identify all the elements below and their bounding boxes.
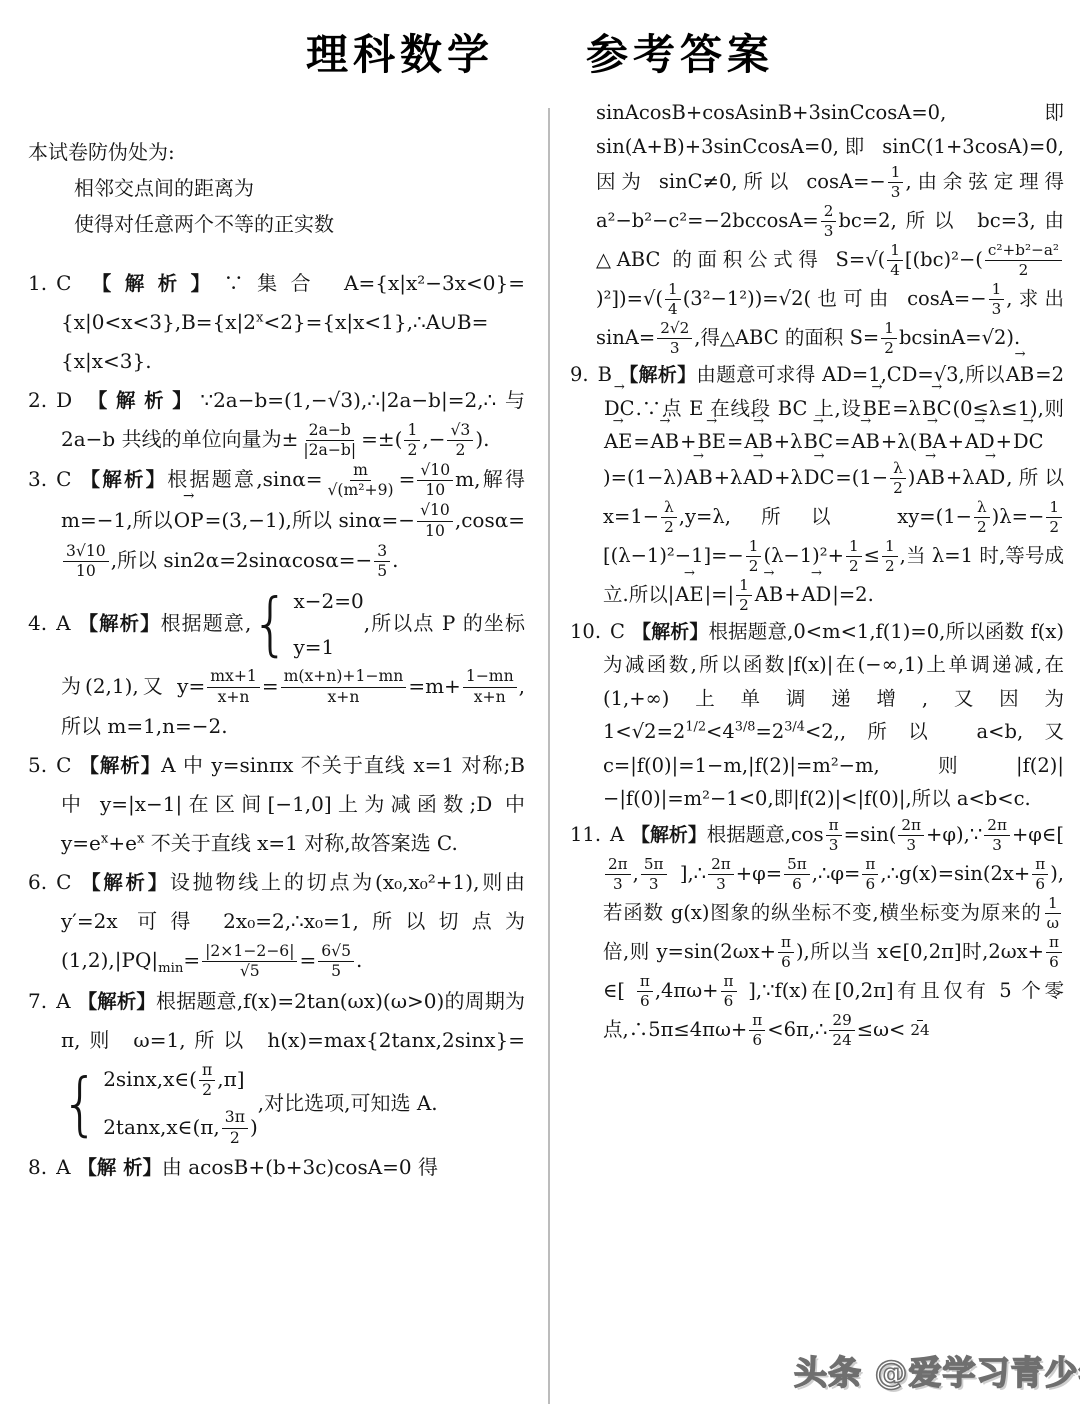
right-column: sinAcosB+cosAsinB+3sinCcosA=0,即 sin(A+B)… <box>570 96 1064 1050</box>
item-number: 11. <box>570 823 601 846</box>
page-title: 理科数学 参考答案 <box>0 22 1080 82</box>
item-number: 6. <box>28 870 47 894</box>
item-answer: B <box>598 363 612 386</box>
watermark: 头条 @爱学习青少年 <box>794 1347 1080 1394</box>
page-title-subject: 理科数学 <box>306 22 494 82</box>
item-tag: 【解析】 <box>78 990 156 1013</box>
item-tag: 【解析】 <box>78 754 161 777</box>
item-body: 由 acosB+(b+3c)cosA=0 得 <box>162 1155 438 1179</box>
item-tag: 【解析】 <box>78 272 223 295</box>
answer-sheet-page: 理科数学 参考答案 本试卷防伪处为: 相邻交点间的距离为 使得对任意两个不等的正… <box>0 0 1080 1404</box>
answer-item-6: 6.C【解析】设抛物线上的切点为(x₀,x₀²+1),则由 y′=2x 可得 2… <box>28 863 525 982</box>
column-divider <box>548 108 550 1404</box>
answer-item-3: 3.C【解析】根据题意,sinα=m√(m²+9)=√1010m,解得 m=−1… <box>28 460 525 581</box>
answer-item-8-continuation: sinAcosB+cosAsinB+3sinCcosA=0,即 sin(A+B)… <box>570 96 1064 358</box>
answer-item-1: 1.C【解析】∵集合 A={x|x²−3x<0}={x|0<x<3},B={x|… <box>28 264 525 381</box>
page-title-answers: 参考答案 <box>586 22 774 82</box>
item-number: 4. <box>28 611 47 635</box>
item-number: 5. <box>28 753 47 777</box>
item-number: 7. <box>28 989 47 1013</box>
intro-line: 使得对任意两个不等的正实数 <box>28 206 525 242</box>
item-tag: 【解 析】 <box>78 1156 162 1179</box>
intro-line: 相邻交点间的距离为 <box>28 170 525 206</box>
item-body: 根据题意,0<m<1,f(1)=0,所以函数 f(x)为减函数,所以函数|f(x… <box>603 620 1064 811</box>
answer-item-11: 11.A【解析】根据题意,cosπ3=sin(2π3+φ),∵2π3+φ∈[ 2… <box>570 816 1064 1050</box>
item-body: 根据题意,cosπ3=sin(2π3+φ),∵2π3+φ∈[ 2π3,5π3 ]… <box>603 823 1064 1041</box>
left-column: 本试卷防伪处为: 相邻交点间的距离为 使得对任意两个不等的正实数 1.C【解析】… <box>28 134 525 1187</box>
item-answer: C <box>610 620 625 643</box>
item-answer: A <box>56 611 70 635</box>
item-number: 3. <box>28 467 47 491</box>
item-number: 8. <box>28 1155 47 1179</box>
answer-item-8: 8.A【解 析】由 acosB+(b+3c)cosA=0 得 <box>28 1148 525 1187</box>
item-answer: A <box>610 823 624 846</box>
item-tag: 【解析】 <box>619 364 696 386</box>
item-answer: C <box>56 753 71 777</box>
item-number: 1. <box>28 271 47 295</box>
item-tag: 【解析】 <box>79 389 200 412</box>
item-number: 10. <box>570 620 601 643</box>
item-answer: C <box>56 271 71 295</box>
item-number: 9. <box>570 363 589 386</box>
item-answer: D <box>56 388 72 412</box>
answer-item-4: 4.A【解析】根据题意,x−2=0y=1,所以点 P 的坐标为(2,1),又 y… <box>28 582 525 746</box>
item-tag: 【解析】 <box>78 612 161 635</box>
intro-line: 本试卷防伪处为: <box>28 134 525 170</box>
answer-item-10: 10.C【解析】根据题意,0<m<1,f(1)=0,所以函数 f(x)为减函数,… <box>570 615 1064 816</box>
answer-item-2: 2.D【解析】∵2a−b=(1,−√3),∴|2a−b|=2,∴与 2a−b 共… <box>28 381 525 460</box>
answer-item-7: 7.A【解析】根据题意,f(x)=2tan(ωx)(ω>0)的周期为 π,则 ω… <box>28 982 525 1148</box>
item-answer: A <box>56 1155 70 1179</box>
item-answer: C <box>56 870 71 894</box>
item-tag: 【解析】 <box>632 621 709 643</box>
intro-block: 本试卷防伪处为: 相邻交点间的距离为 使得对任意两个不等的正实数 <box>28 134 525 242</box>
item-number: 2. <box>28 388 47 412</box>
item-tag: 【解析】 <box>78 468 167 491</box>
item-answer: C <box>56 467 71 491</box>
item-answer: A <box>56 989 70 1013</box>
item-body: 由题意可求得 AD=1,CD=√3,所以AB=2DC.∵点 E 在线段 BC 上… <box>603 363 1064 606</box>
item-tag: 【解析】 <box>631 824 707 846</box>
item-tag: 【解析】 <box>78 871 170 894</box>
answer-item-5: 5.C【解析】A 中 y=sinπx 不关于直线 x=1 对称;B 中 y=|x… <box>28 746 525 863</box>
answer-item-9: 9.B【解析】由题意可求得 AD=1,CD=√3,所以AB=2DC.∵点 E 在… <box>570 358 1064 615</box>
